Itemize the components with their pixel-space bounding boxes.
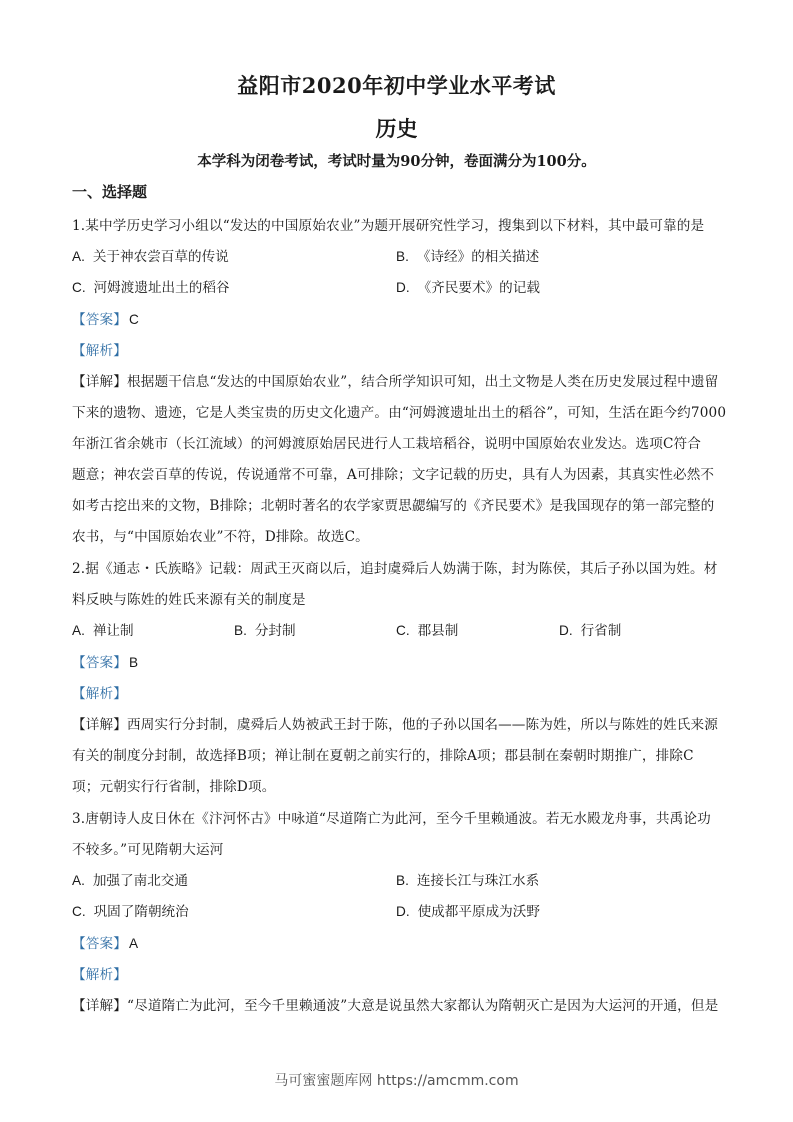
question-3-option-c: C.巩固了隋朝统治: [72, 900, 189, 920]
question-1-analysis-label: 【解析】: [72, 339, 732, 359]
question-1-option-b: B.《诗经》的相关描述: [396, 245, 539, 265]
question-3-analysis-label: 【解析】: [72, 963, 732, 983]
question-1-detail-line: 题意；神农尝百草的传说，传说通常不可靠，A可排除；文字记载的历史，具有人为因素，…: [72, 463, 732, 483]
question-3-answer: 【答案】A: [72, 932, 732, 952]
question-1-detail-line: 下来的遗物、遗迹，它是人类宝贵的历史文化遗产。由“河姆渡遗址出土的稻谷”，可知，…: [72, 401, 732, 421]
exam-page: 益阳市2020年初中学业水平考试 历史 本学科为闭卷考试，考试时量为90分钟，卷…: [0, 0, 793, 1122]
question-1-detail-line: 【详解】根据题干信息“发达的中国原始农业”，结合所学知识可知，出土文物是人类在历…: [72, 370, 732, 390]
question-2-option-b: B.分封制: [234, 619, 296, 639]
question-3-stem: 3.唐朝诗人皮日休在《汴河怀古》中咏道“尽道隋亡为此河，至今千里赖通波。若无水殿…: [72, 807, 732, 827]
question-2-option-d: D.行省制: [559, 619, 621, 639]
question-1-detail-line: 农书，与“中国原始农业”不符，D排除。故选C。: [72, 525, 732, 545]
question-1-stem: 1.某中学历史学习小组以“发达的中国原始农业”为题开展研究性学习，搜集到以下材料…: [72, 214, 732, 234]
question-2-answer: 【答案】B: [72, 651, 732, 671]
exam-note: 本学科为闭卷考试，考试时量为90分钟，卷面满分为100分。: [0, 150, 793, 171]
footer-watermark: 马可蜜蜜题库网 https://amcmm.com: [0, 1070, 793, 1090]
question-1-detail-line: 年浙江省余姚市（长江流域）的河姆渡原始居民进行人工栽培稻谷，说明中国原始农业发达…: [72, 432, 732, 452]
exam-subject: 历史: [0, 113, 793, 143]
question-1-detail-line: 如考古挖出来的文物，B排除；北朝时著名的农学家贾思勰编写的《齐民要术》是我国现存…: [72, 494, 732, 514]
question-2-option-c: C.郡县制: [396, 619, 458, 639]
question-1-option-d: D.《齐民要术》的记载: [396, 276, 540, 296]
question-2-option-a: A.禅让制: [72, 619, 134, 639]
question-2-detail-line: 项；元朝实行行省制，排除D项。: [72, 775, 732, 795]
question-2-analysis-label: 【解析】: [72, 682, 732, 702]
question-3-detail-line: 【详解】“尽道隋亡为此河，至今千里赖通波”大意是说虽然大家都认为隋朝灭亡是因为大…: [72, 994, 732, 1014]
section-heading: 一、选择题: [72, 181, 147, 202]
question-1-answer: 【答案】C: [72, 308, 732, 328]
question-3-option-b: B.连接长江与珠江水系: [396, 869, 539, 889]
question-1-option-a: A.关于神农尝百草的传说: [72, 245, 229, 265]
question-3-option-a: A.加强了南北交通: [72, 869, 188, 889]
question-3-option-d: D.使成都平原成为沃野: [396, 900, 540, 920]
exam-title: 益阳市2020年初中学业水平考试: [0, 70, 793, 100]
question-1-option-c: C.河姆渡遗址出土的稻谷: [72, 276, 230, 296]
question-2-stem: 2.据《通志・氏族略》记载：周武王灭商以后，追封虞舜后人妫满于陈，封为陈侯，其后…: [72, 557, 732, 577]
question-3-stem: 不较多。”可见隋朝大运河: [72, 838, 732, 858]
question-2-detail-line: 【详解】西周实行分封制，虞舜后人妫被武王封于陈，他的子孙以国名——陈为姓，所以与…: [72, 713, 732, 733]
question-2-detail-line: 有关的制度分封制，故选择B项；禅让制在夏朝之前实行的，排除A项；郡县制在秦朝时期…: [72, 744, 732, 764]
question-2-stem: 料反映与陈姓的姓氏来源有关的制度是: [72, 588, 732, 608]
